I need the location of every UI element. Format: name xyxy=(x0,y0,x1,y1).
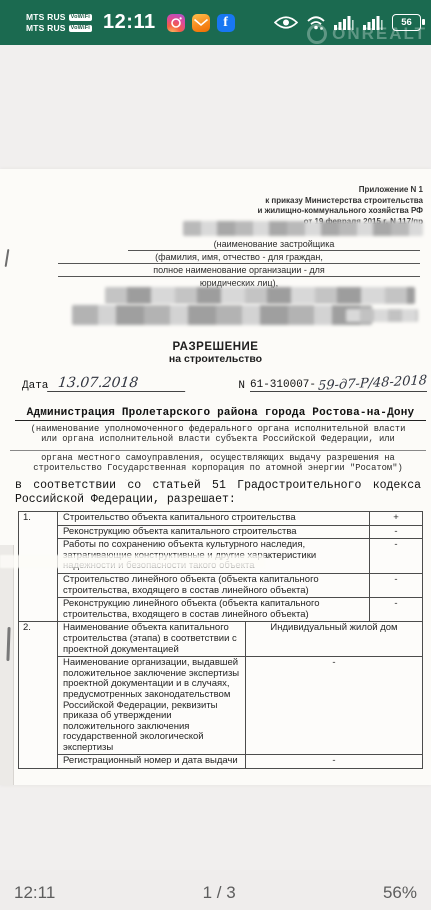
permit-table: 1. Строительство объекта капитального ст… xyxy=(18,511,423,769)
authority-caption-2: органа местного самоуправления, осуществ… xyxy=(10,450,426,474)
developer-caption-line: (наименование застройщика xyxy=(128,239,420,251)
date-number-row: Дата 13.07.2018 N 61-310007- 59-д7-Р/48-… xyxy=(22,375,427,392)
staple-mark xyxy=(5,249,10,267)
row-number: 2. xyxy=(19,622,58,768)
table-row: Наименование объекта капитального строит… xyxy=(58,622,422,657)
signal-icon-sim1 xyxy=(334,15,355,30)
permit-title-line1: РАЗРЕШЕНИЕ xyxy=(0,341,431,353)
row-value: - xyxy=(370,539,422,573)
row-value: - xyxy=(370,574,422,597)
wifi-icon xyxy=(306,15,326,31)
date-label: Дата xyxy=(22,380,48,392)
facebook-icon: f xyxy=(217,14,235,32)
vowifi-badge: VoWiFi xyxy=(69,25,92,32)
viewer-footer: 12:11 1 / 3 56% xyxy=(0,870,431,910)
permit-number: 61-310007- 59-д7-Р/48-2018 xyxy=(250,376,427,392)
redaction-blur-address xyxy=(105,287,415,304)
authority-name: Администрация Пролетарского района город… xyxy=(15,407,426,421)
permit-number-handwritten: 59-д7-Р/48-2018 xyxy=(318,373,428,394)
carrier-labels: MTS RUS VoWiFi MTS RUS VoWiFi xyxy=(26,12,92,33)
status-bar: MTS RUS VoWiFi MTS RUS VoWiFi 12:11 f xyxy=(0,0,431,45)
row-text: Реконструкцию объекта капитального строи… xyxy=(58,526,370,539)
paper-edge xyxy=(0,545,14,785)
carrier-name-2: MTS RUS xyxy=(26,23,66,33)
developer-caption-line: полное наименование организации - для xyxy=(58,265,420,277)
table-row: Реконструкцию объекта капитального строи… xyxy=(58,526,422,540)
authority-caption-line: или органа исполнительной власти субъект… xyxy=(10,435,426,445)
table-group-2: 2. Наименование объекта капитального стр… xyxy=(19,622,422,768)
redaction-blur-developer-name xyxy=(183,221,423,236)
footer-battery: 56% xyxy=(383,883,417,903)
row-text: Строительство объекта капитального строи… xyxy=(58,512,370,525)
row-value: Индивидуальный жилой дом xyxy=(246,622,422,656)
row-text: Регистрационный номер и дата выдачи xyxy=(58,755,246,768)
permit-title: РАЗРЕШЕНИЕ на строительство xyxy=(0,341,431,365)
table-row: Строительство объекта капитального строи… xyxy=(58,512,422,526)
battery-percent: 56 xyxy=(401,17,412,28)
body-text-line2: Российской Федерации, разрешает: xyxy=(15,493,421,507)
row-text: Наименование объекта капитального строит… xyxy=(58,622,246,656)
row-value: - xyxy=(370,598,422,621)
header-note-line: и жилищно-коммунального хозяйства РФ xyxy=(257,206,423,217)
row-text: Строительство линейного объекта (объекта… xyxy=(58,574,370,597)
header-note-line: Приложение N 1 xyxy=(257,185,423,196)
paper-fold-artifact xyxy=(0,555,265,568)
authority-caption-line: строительство Государственная корпорация… xyxy=(10,464,426,474)
carrier-name-1: MTS RUS xyxy=(26,12,66,22)
number-label: N xyxy=(238,380,245,392)
footer-time: 12:11 xyxy=(14,883,55,903)
document-page[interactable]: Приложение N 1 к приказу Министерства ст… xyxy=(0,169,431,785)
permit-title-line2: на строительство xyxy=(0,353,431,365)
row-text: Наименование организации, выдавшей полож… xyxy=(58,657,246,754)
table-row: Регистрационный номер и дата выдачи - xyxy=(58,755,422,768)
redaction-blur-address xyxy=(72,305,372,325)
row-text: Реконструкцию линейного объекта (объекта… xyxy=(58,598,370,621)
instagram-icon xyxy=(167,14,185,32)
date-value-handwritten: 13.07.2018 xyxy=(48,375,188,392)
footer-page-indicator: 1 / 3 xyxy=(203,883,236,903)
mail-icon xyxy=(192,14,210,32)
vowifi-badge: VoWiFi xyxy=(69,14,92,21)
row-value: - xyxy=(370,526,422,539)
body-text: в соответствии со статьей 51 Градостроит… xyxy=(15,479,421,507)
eye-icon xyxy=(274,15,298,30)
battery-indicator: 56 xyxy=(392,14,421,31)
status-clock: 12:11 xyxy=(103,11,156,34)
permit-number-prefix: 61-310007- xyxy=(250,379,316,391)
row-value: + xyxy=(370,512,422,525)
row-value: - xyxy=(246,755,422,768)
table-row: Реконструкцию линейного объекта (объекта… xyxy=(58,598,422,621)
authority-caption-1: (наименование уполномоченного федерально… xyxy=(10,425,426,445)
redaction-blur-address xyxy=(346,309,418,322)
body-text-line1: в соответствии со статьей 51 Градостроит… xyxy=(15,479,421,493)
developer-caption-line: (фамилия, имя, отчество - для граждан, xyxy=(58,252,420,264)
signal-icon-sim2 xyxy=(363,15,384,30)
header-note-line: к приказу Министерства строительства xyxy=(257,196,423,207)
row-value: - xyxy=(246,657,422,754)
table-row: Наименование организации, выдавшей полож… xyxy=(58,657,422,755)
developer-caption: (наименование застройщика (фамилия, имя,… xyxy=(58,239,420,289)
table-row: Строительство линейного объекта (объекта… xyxy=(58,574,422,598)
